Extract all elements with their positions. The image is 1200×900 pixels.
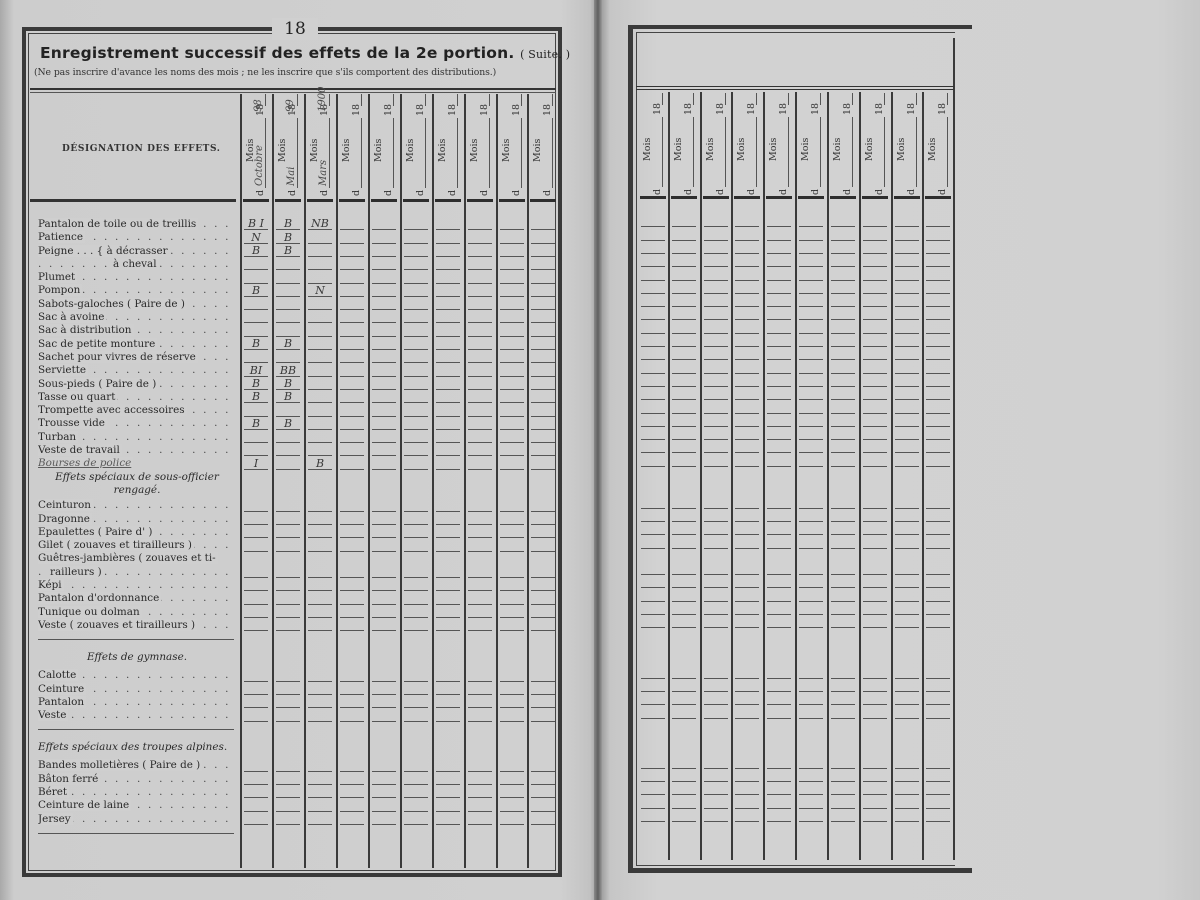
month-column-header: dMois18: [433, 92, 463, 198]
cell-entry-line: [436, 604, 460, 605]
handwritten-mark: B: [241, 244, 271, 257]
cell-entry-line: [436, 402, 460, 403]
cell-entry-line: [926, 413, 950, 414]
item-row: . . . . . . . . . . . . . . . . . . . . …: [38, 799, 238, 812]
day-blank-line: [425, 118, 426, 188]
cell-entry-line: [372, 824, 396, 825]
cell-entry-line: [767, 808, 791, 809]
day-blank-line: [725, 117, 726, 187]
cell-entry-line: [735, 691, 759, 692]
cell-entry-line: [372, 296, 396, 297]
cell-entry-line: [863, 521, 887, 522]
cell-entry-line: [767, 439, 791, 440]
column-divider: [496, 94, 498, 868]
month-header-rotated: dMois18: [337, 92, 367, 198]
year-blank-line: [521, 94, 522, 106]
cell-entry-line: [531, 537, 555, 538]
month-column-header: dMois18Mai99: [273, 92, 303, 198]
column-divider: [700, 92, 702, 860]
day-prefix: d: [287, 190, 298, 196]
cell-entry-line: [372, 229, 396, 230]
cell-entry-line: [244, 721, 268, 722]
cell-entry-line: [767, 574, 791, 575]
cell-entry-line: [863, 266, 887, 267]
cell-entry-line: [308, 694, 332, 695]
item-label: Képi: [38, 579, 64, 591]
cell-entry-line: [863, 534, 887, 535]
cell-entry-line: [926, 240, 950, 241]
cell-entry-line: [404, 694, 428, 695]
cell-entry-line: [436, 617, 460, 618]
cell-entry-line: [244, 824, 268, 825]
cell-entry-line: [672, 293, 696, 294]
item-row: . . . . . . . . . . . . . . . . . . . . …: [38, 391, 238, 404]
day-prefix: d: [351, 190, 362, 196]
cell-entry-line: [735, 574, 759, 575]
cell-entry-line: [468, 707, 492, 708]
cell-entry-line: [926, 678, 950, 679]
cell-entry-line: [895, 333, 919, 334]
cell-entry-line: [500, 283, 524, 284]
cell-entry-line: [340, 617, 364, 618]
cell-entry-line: [641, 373, 665, 374]
item-row: . . . . . . . . . . . . . . . . . . . . …: [38, 245, 238, 258]
cell-entry-line: [436, 824, 460, 825]
month-header-rotated: dMois18: [401, 92, 431, 198]
cell-entry-line: [895, 413, 919, 414]
book-gutter: [594, 0, 602, 900]
section-heading: rengagé.: [114, 484, 163, 496]
cell-entry-line: [704, 781, 728, 782]
cell-entry-line: [799, 306, 823, 307]
cell-entry-line: [895, 627, 919, 628]
handwritten-mark: B: [273, 377, 303, 390]
cell-entry-line: [767, 452, 791, 453]
cell-entry-line: [404, 322, 428, 323]
item-label: Bâton ferré: [38, 773, 100, 785]
cell-entry-line: [436, 269, 460, 270]
cell-entry-line: [531, 811, 555, 812]
cell-entry-line: [641, 333, 665, 334]
year-blank-line: [329, 94, 330, 106]
cell-entry-line: [468, 811, 492, 812]
cell-entry-line: [767, 306, 791, 307]
cell-entry-line: [244, 442, 268, 443]
cell-entry-line: [340, 824, 364, 825]
item-label: Sac à avoine: [38, 311, 106, 323]
cell-entry-line: [340, 771, 364, 772]
day-blank-line: [457, 118, 458, 188]
cell-entry-line: [404, 771, 428, 772]
cell-entry-line: [641, 704, 665, 705]
column-divider: [795, 92, 797, 860]
cell-entry-line: [831, 821, 855, 822]
cell-entry-line: [895, 691, 919, 692]
cell-entry-line: [340, 229, 364, 230]
cell-entry-line: [895, 521, 919, 522]
cell-entry-line: [340, 577, 364, 578]
item-label: Trousse vide: [38, 417, 107, 429]
cell-entry-line: [372, 416, 396, 417]
cell-entry-line: [468, 402, 492, 403]
cell-entry-line: [404, 551, 428, 552]
cell-entry-line: [735, 794, 759, 795]
cell-entry-line: [468, 469, 492, 470]
cell-entry-line: [308, 269, 332, 270]
month-label: Mois: [705, 138, 716, 161]
column-header-bar: [862, 196, 888, 199]
cell-entry-line: [641, 821, 665, 822]
handwritten-month: Mars: [318, 160, 329, 186]
cell-entry-line: [799, 319, 823, 320]
cell-entry-line: [672, 808, 696, 809]
cell-entry-line: [735, 452, 759, 453]
item-label: Turban: [38, 431, 78, 443]
cell-entry-line: [641, 508, 665, 509]
column-header-bar: [640, 196, 666, 199]
cell-entry-line: [531, 442, 555, 443]
cell-entry-line: [436, 349, 460, 350]
cell-entry-line: [704, 452, 728, 453]
month-column-header: dMois18: [892, 91, 922, 197]
cell-entry-line: [767, 280, 791, 281]
cell-entry-line: [531, 797, 555, 798]
month-column-header: dMois18: [497, 92, 527, 198]
cell-entry-line: [735, 399, 759, 400]
cell-entry-line: [436, 694, 460, 695]
column-header-bar: [243, 199, 269, 202]
cell-entry-line: [308, 362, 332, 363]
month-column-header: dMois18: [828, 91, 858, 197]
cell-entry-line: [672, 521, 696, 522]
month-label: Mois: [469, 139, 480, 162]
cell-entry-line: [276, 811, 300, 812]
cell-entry-line: [704, 521, 728, 522]
cell-entry-line: [531, 511, 555, 512]
cell-entry-line: [735, 359, 759, 360]
cell-entry-line: [468, 283, 492, 284]
cell-entry-line: [799, 373, 823, 374]
month-label: Mois: [896, 138, 907, 161]
cell-entry-line: [308, 376, 332, 377]
year-blank-line: [489, 94, 490, 106]
cell-entry-line: [704, 614, 728, 615]
cell-entry-line: [500, 537, 524, 538]
cell-entry-line: [672, 413, 696, 414]
cell-entry-line: [404, 336, 428, 337]
cell-entry-line: [863, 386, 887, 387]
item-row: . . . . . . . . . . . . . . . . . . . . …: [38, 513, 238, 526]
cell-entry-line: [926, 808, 950, 809]
item-label: Sac de petite monture: [38, 338, 157, 350]
cell-entry-line: [863, 346, 887, 347]
cell-entry-line: [244, 681, 268, 682]
cell-entry-line: [436, 362, 460, 363]
cell-entry-line: [799, 534, 823, 535]
item-row: . . . . . . . . . . . . . . . . . . . . …: [38, 431, 238, 444]
cell-entry-line: [276, 537, 300, 538]
cell-entry-line: [926, 574, 950, 575]
cell-entry-line: [926, 466, 950, 467]
cell-entry-line: [926, 534, 950, 535]
cell-entry-line: [735, 306, 759, 307]
cell-entry-line: [372, 524, 396, 525]
cell-entry-line: [895, 768, 919, 769]
cell-entry-line: [340, 416, 364, 417]
cell-entry-line: [704, 601, 728, 602]
day-prefix: d: [652, 189, 663, 195]
cell-entry-line: [641, 359, 665, 360]
cell-entry-line: [436, 256, 460, 257]
year-blank-line: [393, 94, 394, 106]
cell-entry-line: [831, 587, 855, 588]
cell-entry-line: [436, 551, 460, 552]
cell-entry-line: [372, 322, 396, 323]
cell-entry-line: [799, 439, 823, 440]
cell-entry-line: [531, 402, 555, 403]
item-row: . . . . . . . . . . . . . . . . . . . . …: [38, 499, 238, 512]
handwritten-mark: B: [241, 377, 271, 390]
day-blank-line: [361, 118, 362, 188]
cell-entry-line: [767, 373, 791, 374]
year-blank-line: [297, 94, 298, 106]
cell-entry-line: [799, 768, 823, 769]
cell-entry-line: [926, 718, 950, 719]
month-label: Mois: [864, 138, 875, 161]
cell-entry-line: [308, 336, 332, 337]
cell-entry-line: [531, 630, 555, 631]
cell-entry-line: [500, 771, 524, 772]
cell-entry-line: [704, 333, 728, 334]
cell-entry-line: [468, 511, 492, 512]
cell-entry-line: [926, 627, 950, 628]
cell-entry-line: [641, 718, 665, 719]
year-blank-line: [361, 94, 362, 106]
cell-entry-line: [468, 296, 492, 297]
column-header-bar: [703, 196, 729, 199]
item-label: Tunique ou dolman: [38, 606, 142, 618]
cell-entry-line: [895, 678, 919, 679]
cell-entry-line: [404, 469, 428, 470]
item-label: Plumet: [38, 271, 77, 283]
month-label: Mois: [736, 138, 747, 161]
cell-entry-line: [735, 280, 759, 281]
cell-entry-line: [436, 771, 460, 772]
cell-entry-line: [767, 718, 791, 719]
cell-entry-line: [436, 590, 460, 591]
month-label: Mois: [532, 139, 543, 162]
cell-entry-line: [404, 511, 428, 512]
item-row: . . . . . . . . . . . . . . . . . . . . …: [38, 669, 238, 682]
cell-entry-line: [895, 319, 919, 320]
cell-entry-line: [767, 226, 791, 227]
cell-entry-line: [372, 429, 396, 430]
cell-entry-line: [863, 413, 887, 414]
cell-entry-line: [831, 521, 855, 522]
cell-entry-line: [468, 577, 492, 578]
cell-entry-line: [372, 681, 396, 682]
cell-entry-line: [735, 413, 759, 414]
cell-entry-line: [831, 373, 855, 374]
column-header-bar: [275, 199, 301, 202]
cell-entry-line: [895, 808, 919, 809]
cell-entry-line: [641, 466, 665, 467]
cell-entry-line: [500, 721, 524, 722]
month-label: Mois: [341, 139, 352, 162]
cell-entry-line: [531, 617, 555, 618]
cell-entry-line: [735, 319, 759, 320]
cell-entry-line: [831, 678, 855, 679]
cell-entry-line: [468, 771, 492, 772]
cell-entry-line: [308, 797, 332, 798]
cell-entry-line: [704, 306, 728, 307]
cell-entry-line: [404, 442, 428, 443]
column-header-bar: [371, 199, 397, 202]
cell-entry-line: [500, 349, 524, 350]
cell-entry-line: [276, 442, 300, 443]
cell-entry-line: [531, 824, 555, 825]
section-heading-sous-officier-line2: rengagé.: [38, 484, 238, 497]
cell-entry-line: [863, 373, 887, 374]
month-column-header: dMois18: [465, 92, 495, 198]
cell-entry-line: [468, 824, 492, 825]
cell-entry-line: [404, 797, 428, 798]
cell-entry-line: [863, 426, 887, 427]
cell-entry-line: [436, 469, 460, 470]
cell-entry-line: [436, 630, 460, 631]
cell-entry-line: [672, 691, 696, 692]
cell-entry-line: [244, 537, 268, 538]
cell-entry-line: [863, 627, 887, 628]
cell-entry-line: [531, 376, 555, 377]
item-row: . . . . . . . . . . . . . . . . . . . . …: [38, 271, 238, 284]
cell-entry-line: [704, 534, 728, 535]
cell-entry-line: [926, 614, 950, 615]
cell-entry-line: [799, 794, 823, 795]
handwritten-mark: B: [273, 231, 303, 244]
cell-entry-line: [831, 718, 855, 719]
day-blank-line: [852, 117, 853, 187]
cell-entry-line: [340, 322, 364, 323]
cell-entry-line: [308, 721, 332, 722]
column-divider: [891, 92, 893, 860]
cell-entry-line: [372, 376, 396, 377]
cell-entry-line: [735, 333, 759, 334]
cell-entry-line: [926, 521, 950, 522]
cell-entry-line: [641, 691, 665, 692]
cell-entry-line: [500, 511, 524, 512]
cell-entry-line: [863, 794, 887, 795]
cell-entry-line: [372, 721, 396, 722]
cell-entry-line: [672, 821, 696, 822]
cell-entry-line: [641, 534, 665, 535]
cell-entry-line: [863, 768, 887, 769]
cell-entry-line: [404, 349, 428, 350]
cell-entry-line: [468, 442, 492, 443]
cell-entry-line: [767, 768, 791, 769]
cell-entry-line: [641, 768, 665, 769]
cell-entry-line: [704, 413, 728, 414]
column-divider: [827, 92, 829, 860]
handwritten-year: 1900: [317, 87, 328, 112]
header-rule: [30, 88, 556, 90]
cell-entry-line: [340, 797, 364, 798]
cell-entry-line: [926, 601, 950, 602]
cell-entry-line: [831, 808, 855, 809]
cell-entry-line: [372, 283, 396, 284]
cell-entry-line: [704, 548, 728, 549]
cell-entry-line: [895, 253, 919, 254]
cell-entry-line: [276, 617, 300, 618]
month-column-header: dMois18Mars1900: [305, 92, 335, 198]
cell-entry-line: [340, 243, 364, 244]
cell-entry-line: [308, 389, 332, 390]
cell-entry-line: [863, 399, 887, 400]
cell-entry-line: [500, 296, 524, 297]
cell-entry-line: [468, 721, 492, 722]
cell-entry-line: [799, 548, 823, 549]
column-divider: [558, 94, 560, 868]
cell-entry-line: [799, 240, 823, 241]
cell-entry-line: [895, 226, 919, 227]
cell-entry-line: [468, 376, 492, 377]
cell-entry-line: [926, 253, 950, 254]
cell-entry-line: [672, 306, 696, 307]
column-header-bar: [894, 196, 920, 199]
cell-entry-line: [340, 630, 364, 631]
cell-entry-line: [641, 293, 665, 294]
month-label: Mois: [768, 138, 779, 161]
cell-entry-line: [308, 416, 332, 417]
cell-entry-line: [372, 577, 396, 578]
month-header-rotated: dMois18: [497, 92, 527, 198]
cell-entry-line: [500, 455, 524, 456]
cell-entry-line: [926, 587, 950, 588]
cell-entry-line: [404, 630, 428, 631]
column-header-bar: [403, 199, 429, 202]
cell-entry-line: [372, 537, 396, 538]
item-row: . . . . . . . . . . . . . . . . . . . . …: [38, 231, 238, 244]
cell-entry-line: [831, 280, 855, 281]
cell-entry-line: [340, 269, 364, 270]
cell-entry-line: [308, 349, 332, 350]
column-header-bar: [435, 199, 461, 202]
leader-dots: . . . . . . . . . . . . . . . . . . . . …: [38, 579, 236, 592]
month-header-rotated: dMois18: [892, 91, 922, 197]
column-header-bar: [671, 196, 697, 199]
item-label: Veste: [38, 709, 68, 721]
cell-entry-line: [531, 362, 555, 363]
cell-entry-line: [340, 376, 364, 377]
cell-entry-line: [799, 226, 823, 227]
cell-entry-line: [436, 524, 460, 525]
cell-entry-line: [244, 524, 268, 525]
handwritten-mark: B: [273, 337, 303, 350]
item-label: railleurs ): [50, 566, 104, 578]
cell-entry-line: [672, 253, 696, 254]
item-label: Gilet ( zouaves et tirailleurs ): [38, 539, 194, 551]
cell-entry-line: [926, 359, 950, 360]
day-prefix: d: [415, 190, 426, 196]
cell-entry-line: [735, 346, 759, 347]
cell-entry-line: [704, 266, 728, 267]
cell-entry-line: [436, 416, 460, 417]
cell-entry-line: [531, 309, 555, 310]
handwritten-mark: B: [241, 337, 271, 350]
cell-entry-line: [799, 691, 823, 692]
section-divider: [38, 632, 238, 645]
cell-entry-line: [276, 322, 300, 323]
